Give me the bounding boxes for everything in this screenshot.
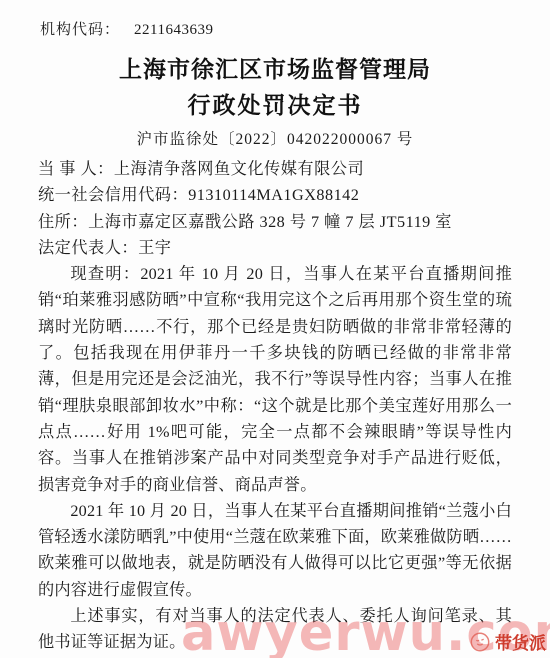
document-type-title: 行政处罚决定书 bbox=[0, 90, 550, 120]
org-code-line: 机构代码：2211643639 bbox=[0, 0, 550, 40]
authority-title: 上海市徐汇区市场监督管理局 bbox=[0, 54, 550, 84]
daihuopai-logo: 带货派 bbox=[469, 629, 546, 654]
party-name-line: 当 事 人：上海清争落网鱼文化传媒有限公司 bbox=[38, 156, 512, 182]
document-number: 沪市监徐处〔2022〕042022000067 号 bbox=[0, 129, 550, 151]
legal-representative-value: 王宇 bbox=[138, 239, 171, 257]
address-line: 住所：上海市嘉定区嘉戬公路 328 号 7 幢 7 层 JT5119 室 bbox=[38, 209, 512, 235]
brand-text: 带货派 bbox=[495, 629, 546, 654]
findings-paragraph: 现查明：2021 年 10 月 20 日，当事人在某平台直播期间推销“珀莱雅羽感… bbox=[38, 261, 512, 498]
legal-representative-line: 法定代表人：王宇 bbox=[38, 235, 512, 261]
credit-code-label: 统一社会信用代码： bbox=[38, 186, 188, 204]
legal-representative-label: 法定代表人： bbox=[38, 239, 138, 257]
org-code-value: 2211643639 bbox=[134, 22, 213, 38]
address-label: 住所： bbox=[38, 213, 88, 231]
mascot-circle-icon bbox=[469, 631, 491, 653]
evidence-paragraph: 上述事实，有对当事人的法定代表人、委托人询问笔录、其他书证等证据为证。 bbox=[38, 603, 512, 656]
party-label: 当 事 人： bbox=[38, 160, 114, 178]
penalty-decision-document: 机构代码：2211643639 上海市徐汇区市场监督管理局 行政处罚决定书 沪市… bbox=[0, 0, 550, 658]
document-body: 当 事 人：上海清争落网鱼文化传媒有限公司 统一社会信用代码：91310114M… bbox=[0, 156, 550, 656]
address-value: 上海市嘉定区嘉戬公路 328 号 7 幢 7 层 JT5119 室 bbox=[88, 213, 452, 231]
false-advertising-paragraph: 2021 年 10 月 20 日，当事人在某平台直播期间推销“兰蔻小白管轻透水漾… bbox=[38, 498, 512, 603]
credit-code-value: 91310114MA1GX88142 bbox=[188, 186, 359, 204]
credit-code-line: 统一社会信用代码：91310114MA1GX88142 bbox=[38, 182, 512, 208]
org-code-label: 机构代码： bbox=[40, 22, 120, 38]
party-value: 上海清争落网鱼文化传媒有限公司 bbox=[114, 160, 364, 178]
